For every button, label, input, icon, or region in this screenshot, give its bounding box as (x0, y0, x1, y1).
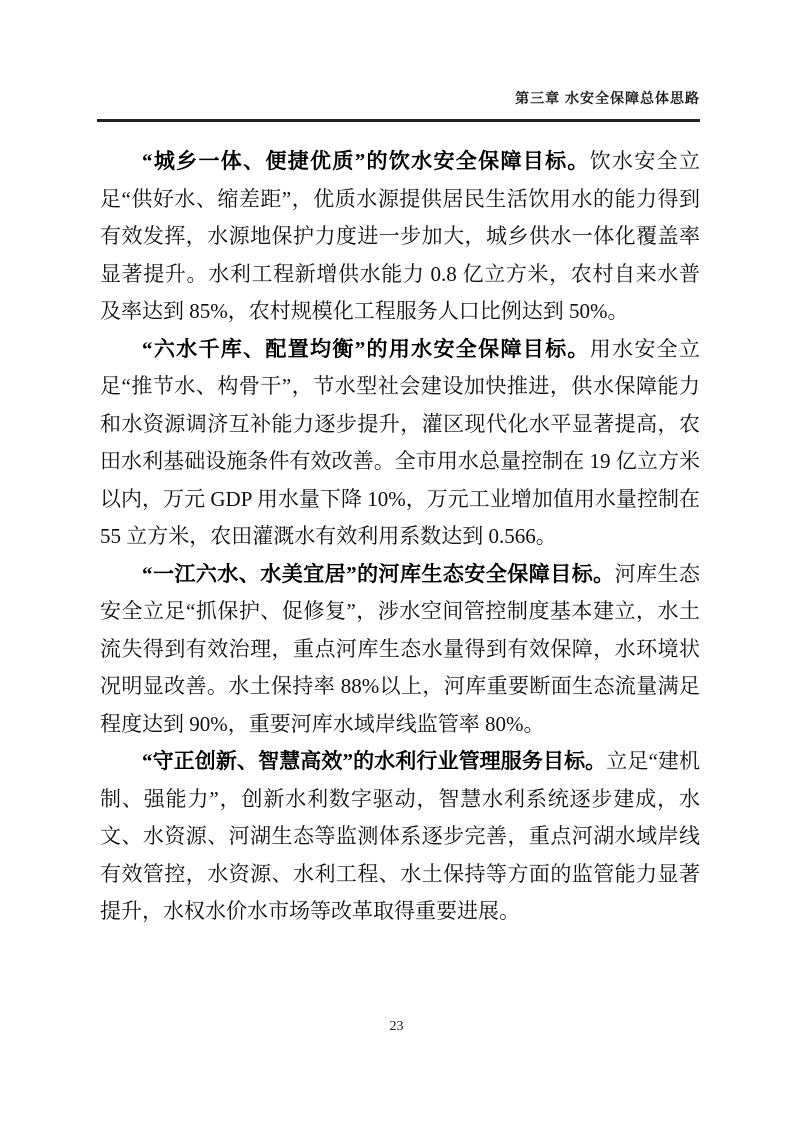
paragraph-lead: “六水千库、配置均衡”的用水安全保障目标。 (142, 337, 590, 361)
paragraph: “城乡一体、便捷优质”的饮水安全保障目标。饮水安全立足“供好水、缩差距”，优质水… (100, 143, 700, 331)
paragraph-lead: “城乡一体、便捷优质”的饮水安全保障目标。 (142, 149, 590, 173)
paragraph: “一江六水、水美宜居”的河库生态安全保障目标。河库生态安全立足“抓保护、促修复”… (100, 556, 700, 744)
document-page: 第三章 水安全保障总体思路 “城乡一体、便捷优质”的饮水安全保障目标。饮水安全立… (0, 0, 793, 1122)
header-divider-rule (97, 119, 700, 122)
running-header-chapter-title: 第三章 水安全保障总体思路 (97, 88, 700, 108)
body-text: “城乡一体、便捷优质”的饮水安全保障目标。饮水安全立足“供好水、缩差距”，优质水… (100, 143, 700, 931)
page-number: 23 (0, 1019, 793, 1035)
paragraph: “守正创新、智慧高效”的水利行业管理服务目标。立足“建机制、强能力”，创新水利数… (100, 743, 700, 931)
paragraph-body: 用水安全立足“推节水、构骨干”，节水型社会建设加快推进，供水保障能力和水资源调济… (100, 337, 700, 549)
paragraph-body: 立足“建机制、强能力”，创新水利数字驱动，智慧水利系统逐步建成，水文、水资源、河… (100, 749, 700, 923)
paragraph-body: 河库生态安全立足“抓保护、促修复”，涉水空间管控制度基本建立，水土流失得到有效治… (100, 562, 700, 736)
paragraph-body: 饮水安全立足“供好水、缩差距”，优质水源提供居民生活饮用水的能力得到有效发挥，水… (100, 149, 700, 323)
paragraph: “六水千库、配置均衡”的用水安全保障目标。用水安全立足“推节水、构骨干”，节水型… (100, 331, 700, 556)
paragraph-lead: “守正创新、智慧高效”的水利行业管理服务目标。 (142, 749, 606, 773)
paragraph-lead: “一江六水、水美宜居”的河库生态安全保障目标。 (142, 562, 615, 586)
